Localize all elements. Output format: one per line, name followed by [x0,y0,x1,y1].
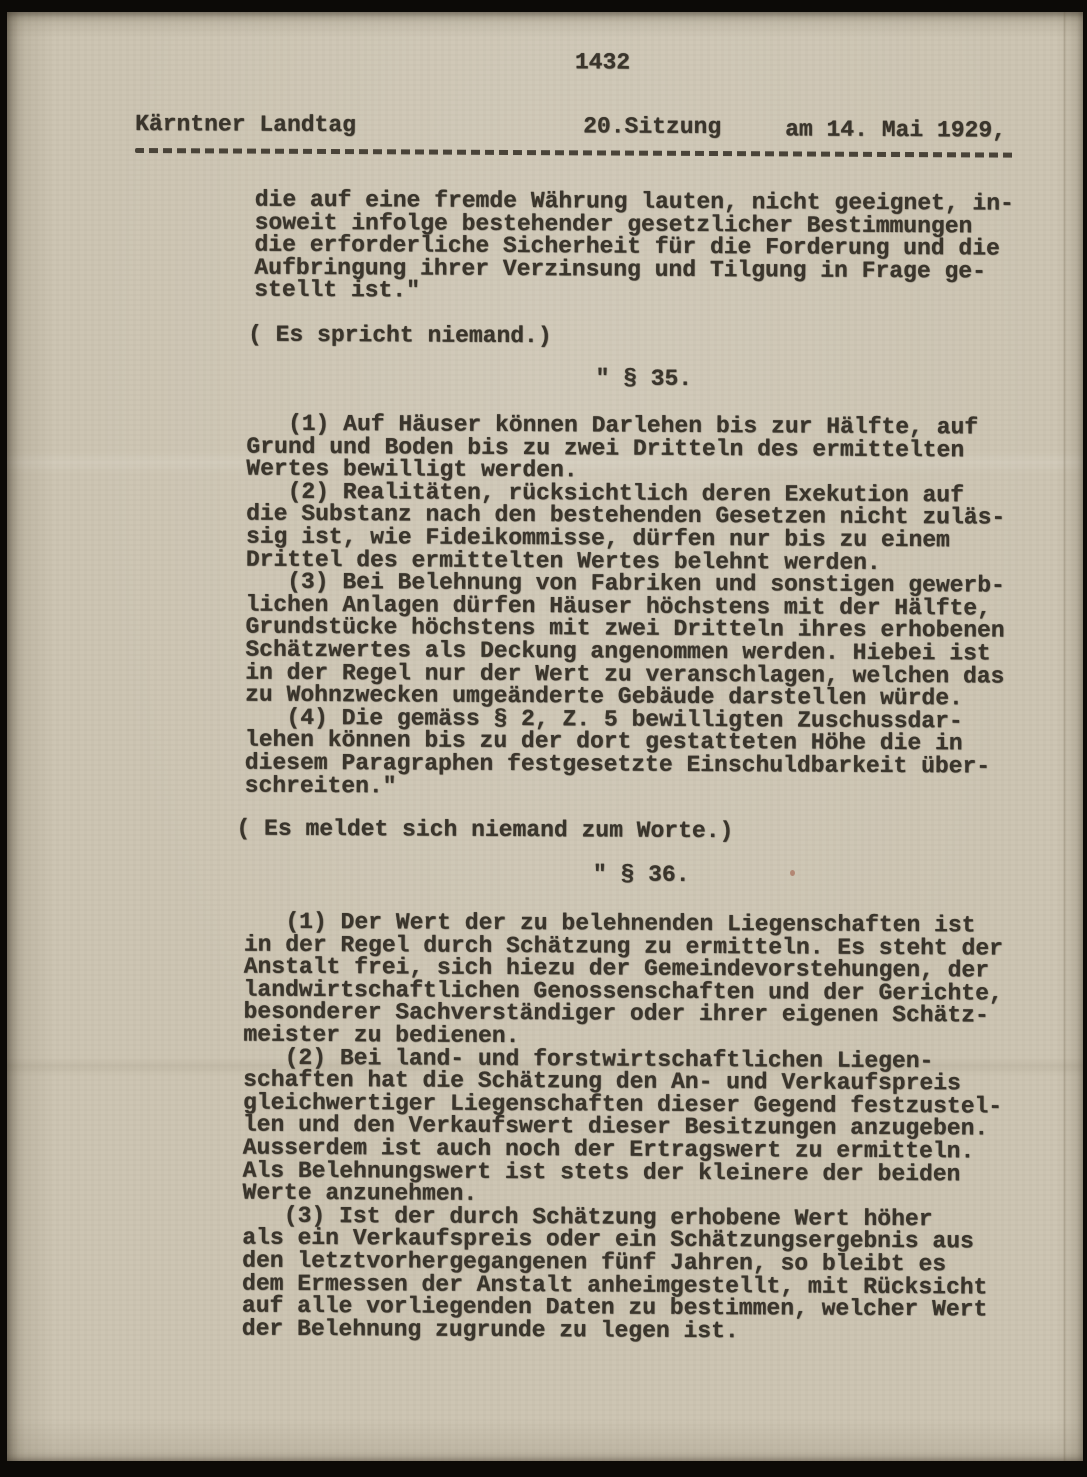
stage-direction-no-speaker-request: ( Es meldet sich niemand zum Worte.) [236,818,876,844]
section-35-heading: " § 35. [254,366,1034,393]
dashed-rule [135,148,1015,158]
typed-content: 1432 Kärntner Landtag 20.Sitzung am 14. … [0,11,1084,1466]
section-36-text: (1) Der Wert der zu belehnenden Liegensc… [242,911,1034,1344]
quoted-statute-paragraph: die auf eine fremde Währung lauten, nich… [254,189,1035,306]
header-session: 20.Sitzung [583,115,721,138]
header-title: Kärntner Landtag [135,113,356,137]
header-date: am 14. Mai 1929, [785,118,1006,142]
stage-direction-no-speaker: ( Es spricht niemand.) [248,324,848,350]
paper: 1432 Kärntner Landtag 20.Sitzung am 14. … [7,12,1083,1461]
page-number: 1432 [575,51,630,74]
section-35-text: (1) Auf Häuser können Darlehen bis zur H… [245,413,1037,801]
section-36-heading: " § 36. [251,862,1031,889]
scanned-page: 1432 Kärntner Landtag 20.Sitzung am 14. … [0,0,1087,1477]
